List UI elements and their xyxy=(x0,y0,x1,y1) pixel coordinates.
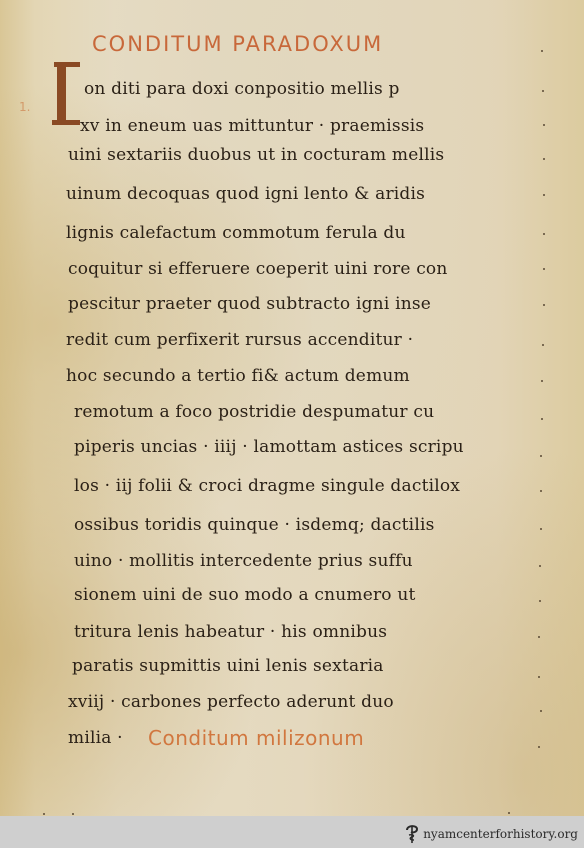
text-line: los · iij folii & croci dragme singule d… xyxy=(74,476,460,496)
text-line: uinum decoquas quod igni lento & aridis xyxy=(66,184,425,204)
pricking-mark xyxy=(542,90,544,92)
pricking-mark xyxy=(538,746,540,748)
pricking-mark xyxy=(543,124,545,126)
pricking-mark xyxy=(540,455,542,457)
text-line: coquitur si efferuere coeperit uini rore… xyxy=(68,259,448,279)
pricking-mark xyxy=(542,344,544,346)
text-line: paratis supmittis uini lenis sextaria xyxy=(72,656,384,676)
pricking-mark xyxy=(539,565,541,567)
decorated-initial-c xyxy=(52,62,80,126)
text-line: pescitur praeter quod subtracto igni ins… xyxy=(68,294,431,314)
pricking-mark xyxy=(543,304,545,306)
text-line: on diti para doxi conpositio mellis p xyxy=(84,79,400,99)
text-line: xviij · carbones perfecto aderunt duo xyxy=(68,692,394,712)
pricking-mark xyxy=(541,380,543,382)
pricking-mark xyxy=(43,813,45,815)
pricking-mark xyxy=(543,158,545,160)
manuscript-page: 1. CONDITUM PARADOXUM on diti para doxi … xyxy=(0,0,584,816)
pricking-mark xyxy=(540,490,542,492)
pricking-mark xyxy=(540,528,542,530)
pricking-mark xyxy=(538,676,540,678)
text-line: uino · mollitis intercedente prius suffu xyxy=(74,551,413,571)
serpent-staff-icon xyxy=(404,824,420,844)
footer-bar: nyamcenterforhistory.org xyxy=(0,816,584,848)
text-line: lignis calefactum commotum ferula du xyxy=(66,223,406,243)
text-line: redit cum perfixerit rursus accenditur · xyxy=(66,330,413,350)
text-line: milia · xyxy=(68,728,123,748)
text-line: uini sextariis duobus ut in cocturam mel… xyxy=(68,145,444,165)
text-line: remotum a foco postridie despumatur cu xyxy=(74,402,434,422)
text-line: hoc secundo a tertio fi& actum demum xyxy=(66,366,410,386)
text-line: sionem uini de suo modo a cnumero ut xyxy=(74,585,416,605)
margin-mark: 1. xyxy=(19,100,30,114)
pricking-mark xyxy=(543,268,545,270)
pricking-mark xyxy=(543,194,545,196)
rubric-heading: CONDITUM PARADOXUM xyxy=(92,32,383,56)
credit-link[interactable]: nyamcenterforhistory.org xyxy=(404,824,578,844)
pricking-mark xyxy=(508,812,510,814)
pricking-mark xyxy=(540,710,542,712)
pricking-mark xyxy=(541,50,543,52)
initial-stem xyxy=(57,64,66,124)
pricking-mark xyxy=(538,636,540,638)
pricking-mark xyxy=(543,233,545,235)
pricking-mark xyxy=(539,600,541,602)
text-line: ossibus toridis quinque · isdemq; dactil… xyxy=(74,515,435,535)
initial-foot-stroke xyxy=(52,120,80,125)
pricking-mark xyxy=(72,813,74,815)
rubric-closing: Conditum milizonum xyxy=(148,726,364,750)
text-line: xv in eneum uas mittuntur · praemissis xyxy=(80,116,424,136)
text-line: piperis uncias · iiij · lamottam astices… xyxy=(74,437,464,457)
credit-text: nyamcenterforhistory.org xyxy=(423,827,578,841)
text-line: tritura lenis habeatur · his omnibus xyxy=(74,622,387,642)
pricking-mark xyxy=(541,418,543,420)
